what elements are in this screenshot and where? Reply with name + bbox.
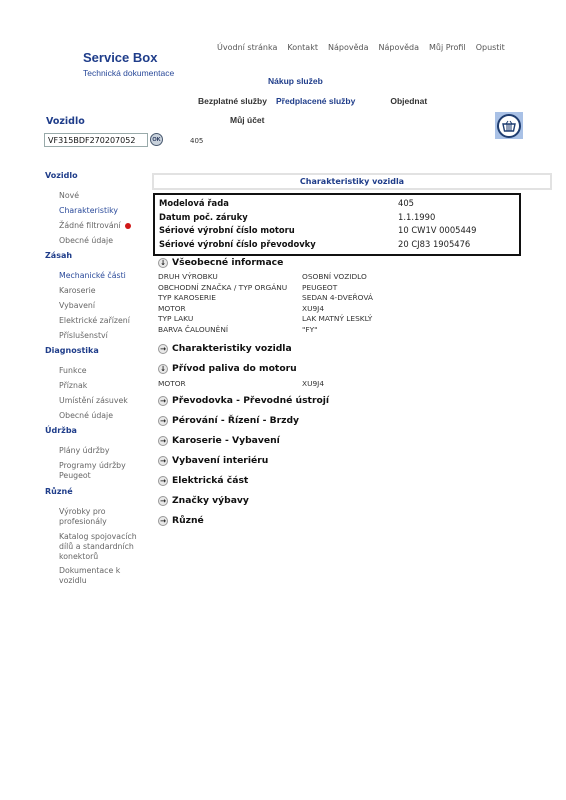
list-item: TYP KAROSERIESEDAN 4-DVEŘOVÁ [158, 293, 373, 304]
nav-logout[interactable]: Opustit [476, 43, 505, 52]
arrow-right-icon: → [158, 516, 168, 526]
char-value: 1.1.1990 [398, 212, 435, 226]
sidebar-item-maintenance-programs[interactable]: Programy údržby Peugeot [45, 461, 145, 487]
section-electrical[interactable]: →Elektrická část [158, 475, 248, 486]
sidebar-item-equipment[interactable]: Vybavení [45, 301, 145, 316]
section-title: Charakteristiky vozidla [172, 343, 292, 354]
section-title: Přívod paliva do motoru [172, 363, 297, 374]
sidebar-section-maintenance[interactable]: Údržba [45, 426, 145, 446]
char-key: Modelová řada [159, 198, 398, 212]
basket-icon [497, 114, 521, 138]
my-account-link[interactable]: Můj účet [230, 115, 264, 125]
section-fuel-supply[interactable]: ↓Přívod paliva do motoru [158, 363, 297, 374]
section-vehicle-characteristics[interactable]: →Charakteristiky vozidla [158, 343, 292, 354]
section-general-info[interactable]: ↓Všeobecné informace [158, 257, 283, 268]
section-suspension-steering-brakes[interactable]: →Pérování - Řízení - Brzdy [158, 415, 299, 426]
info-value: XU9J4 [302, 379, 324, 390]
sidebar-item-general-data-2[interactable]: Obecné údaje [45, 411, 145, 426]
section-title: Všeobecné informace [172, 257, 283, 268]
characteristics-table: Modelová řada405 Datum poč. záruky1.1.19… [153, 193, 521, 256]
arrow-right-icon: → [158, 476, 168, 486]
list-item: MOTORXU9J4 [158, 379, 324, 390]
info-key: OBCHODNÍ ZNAČKA / TYP ORGÁNU [158, 283, 302, 294]
section-title: Karoserie - Vybavení [172, 435, 280, 446]
section-transmission[interactable]: →Převodovka - Převodné ústrojí [158, 395, 329, 406]
list-item: DRUH VÝROBKUOSOBNÍ VOZIDLO [158, 272, 373, 283]
sidebar-item-connector-location[interactable]: Umístění zásuvek [45, 396, 145, 411]
order-link[interactable]: Objednat [390, 96, 427, 106]
sidebar-item-maintenance-plans[interactable]: Plány údržby [45, 446, 145, 461]
arrow-right-icon: → [158, 396, 168, 406]
red-dot-icon [125, 223, 131, 229]
arrow-down-icon: ↓ [158, 364, 168, 374]
section-interior[interactable]: →Vybavení interiéru [158, 455, 268, 466]
char-value: 10 CW1V 0005449 [398, 225, 476, 239]
sidebar-item-electrical[interactable]: Elektrické zařízení [45, 316, 145, 331]
nav-contact[interactable]: Kontakt [287, 43, 318, 52]
sidebar-item-bodywork[interactable]: Karoserie [45, 286, 145, 301]
list-item: TYP LAKULAK MATNÝ LESKLÝ [158, 314, 373, 325]
table-row: Sériové výrobní číslo motoru10 CW1V 0005… [159, 225, 515, 239]
table-row: Modelová řada405 [159, 198, 515, 212]
sidebar-item-symptom[interactable]: Příznak [45, 381, 145, 396]
general-info-list: DRUH VÝROBKUOSOBNÍ VOZIDLO OBCHODNÍ ZNAČ… [158, 272, 373, 335]
sidebar-item-connector-catalog[interactable]: Katalog spojovacích dílů a standardních … [45, 532, 145, 566]
section-title: Různé [172, 515, 204, 526]
sidebar-section-diagnostics[interactable]: Diagnostika [45, 346, 145, 366]
section-title: Vybavení interiéru [172, 455, 268, 466]
sidebar-item-mechanical[interactable]: Mechanické části [45, 271, 145, 286]
info-key: BARVA ČALOUNĚNÍ [158, 325, 302, 336]
sidebar-item-professional-products[interactable]: Výrobky pro profesionály [45, 507, 145, 532]
arrow-right-icon: → [158, 496, 168, 506]
info-value: PEUGEOT [302, 283, 337, 294]
sidebar-item-characteristics[interactable]: Charakteristiky [45, 206, 145, 221]
arrow-down-icon: ↓ [158, 258, 168, 268]
table-row: Sériové výrobní číslo převodovky20 CJ83 … [159, 239, 515, 253]
top-nav: Úvodní stránka Kontakt Nápověda Nápověda… [217, 43, 515, 52]
section-title: Značky výbavy [172, 495, 249, 506]
info-value: OSOBNÍ VOZIDLO [302, 272, 367, 283]
nav-help[interactable]: Nápověda [328, 43, 369, 52]
shop-links: Bezplatné služby Předplacené služby Obje… [198, 96, 427, 106]
list-item: MOTORXU9J4 [158, 304, 373, 315]
brand-subtitle: Technická dokumentace [83, 68, 174, 78]
sidebar-item-general-data[interactable]: Obecné údaje [45, 236, 145, 251]
section-body-equipment[interactable]: →Karoserie - Vybavení [158, 435, 280, 446]
info-value: SEDAN 4-DVEŘOVÁ [302, 293, 373, 304]
sidebar-item-new[interactable]: Nové [45, 191, 145, 206]
free-services-link[interactable]: Bezplatné služby [198, 96, 267, 106]
nav-profile[interactable]: Můj Profil [429, 43, 466, 52]
fuel-supply-list: MOTORXU9J4 [158, 379, 324, 390]
table-row: Datum poč. záruky1.1.1990 [159, 212, 515, 226]
list-item: OBCHODNÍ ZNAČKA / TYP ORGÁNUPEUGEOT [158, 283, 373, 294]
nav-home[interactable]: Úvodní stránka [217, 43, 277, 52]
info-key: TYP LAKU [158, 314, 302, 325]
sidebar-item-vehicle-docs[interactable]: Dokumentace k vozidlu [45, 566, 145, 591]
arrow-right-icon: → [158, 456, 168, 466]
char-key: Sériové výrobní číslo motoru [159, 225, 398, 239]
char-value: 20 CJ83 1905476 [398, 239, 470, 253]
list-item: BARVA ČALOUNĚNÍ"FY" [158, 325, 373, 336]
char-key: Sériové výrobní číslo převodovky [159, 239, 398, 253]
info-key: MOTOR [158, 379, 302, 390]
section-title: Převodovka - Převodné ústrojí [172, 395, 329, 406]
info-value: XU9J4 [302, 304, 324, 315]
sidebar-item-function[interactable]: Funkce [45, 366, 145, 381]
section-title: Elektrická část [172, 475, 248, 486]
info-key: MOTOR [158, 304, 302, 315]
info-key: DRUH VÝROBKU [158, 272, 302, 283]
sidebar-section-vehicle[interactable]: Vozidlo [45, 171, 145, 191]
sidebar-section-misc[interactable]: Různé [45, 487, 145, 507]
nav-help-2[interactable]: Nápověda [378, 43, 419, 52]
section-equipment-brands[interactable]: →Značky výbavy [158, 495, 249, 506]
char-value: 405 [398, 198, 414, 212]
arrow-right-icon: → [158, 436, 168, 446]
sidebar-item-no-filter[interactable]: Žádné filtrování [45, 221, 145, 236]
section-title: Pérování - Řízení - Brzdy [172, 415, 299, 426]
sidebar: Vozidlo Nové Charakteristiky Žádné filtr… [45, 171, 145, 591]
arrow-right-icon: → [158, 344, 168, 354]
basket-button[interactable] [495, 112, 523, 139]
model-reference: 405 [190, 137, 203, 145]
info-value: "FY" [302, 325, 318, 336]
brand-title: Service Box [83, 50, 157, 65]
char-key: Datum poč. záruky [159, 212, 398, 226]
shop-title: Nákup služeb [268, 76, 323, 86]
info-value: LAK MATNÝ LESKLÝ [302, 314, 372, 325]
ok-button[interactable]: OK [150, 133, 163, 146]
characteristics-header: Charakteristiky vozidla [152, 173, 552, 190]
arrow-right-icon: → [158, 416, 168, 426]
no-filter-label: Žádné filtrování [59, 221, 121, 230]
sidebar-item-accessories[interactable]: Příslušenství [45, 331, 145, 346]
info-key: TYP KAROSERIE [158, 293, 302, 304]
vehicle-label: Vozidlo [46, 116, 85, 127]
section-misc[interactable]: →Různé [158, 515, 204, 526]
prepaid-services-link[interactable]: Předplacené služby [276, 96, 355, 106]
sidebar-section-intervention[interactable]: Zásah [45, 251, 145, 271]
vin-input[interactable] [44, 133, 148, 147]
